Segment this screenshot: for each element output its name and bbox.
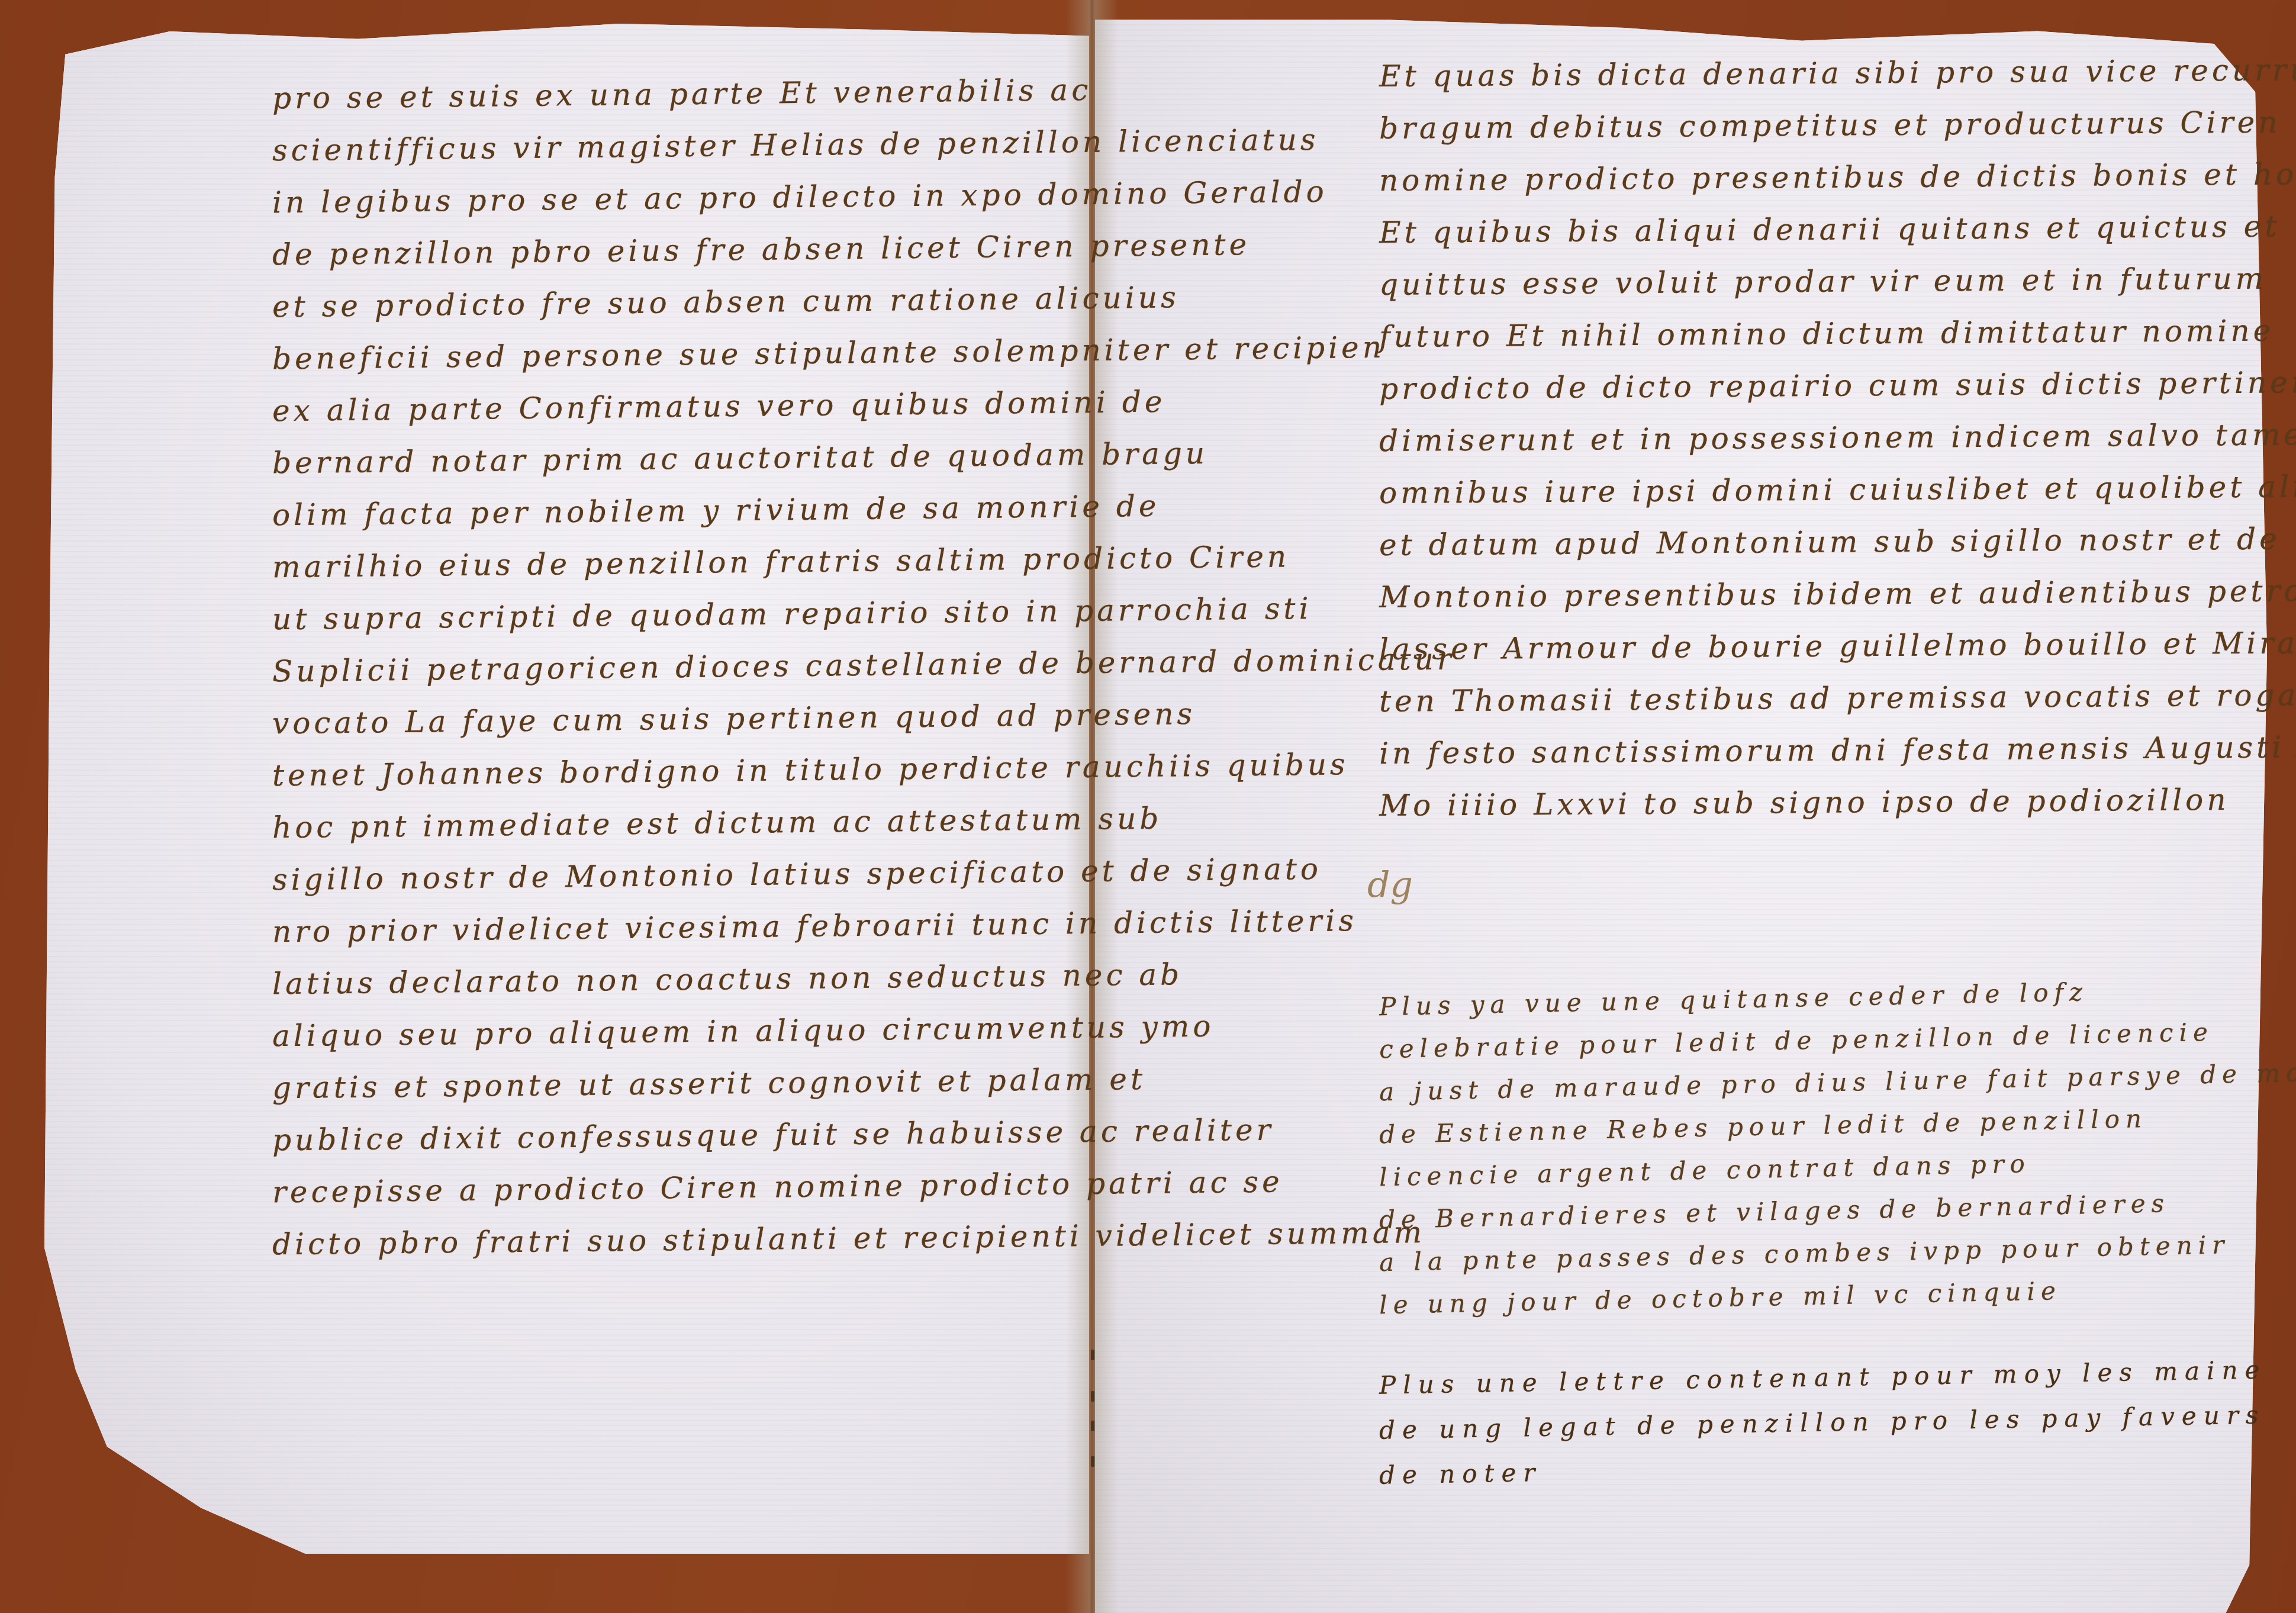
manuscript-line: lasser Armour de bourie guillelmo bouill…: [1379, 617, 2232, 675]
manuscript-spread: pro se et suis ex una parte Et venerabil…: [0, 0, 2296, 1613]
manuscript-line: Mo iiiio Lxxvi to sub signo ipso de podi…: [1379, 774, 2232, 832]
manuscript-line: prodicto de dicto repairio cum suis dict…: [1379, 357, 2232, 415]
manuscript-line: quittus esse voluit prodar vir eum et in…: [1379, 253, 2232, 311]
manuscript-line: publice dixit confessusque fuit se habui…: [272, 1106, 1102, 1167]
binding-stitch: [1091, 1350, 1094, 1360]
manuscript-line: dimiserunt et in possessionem indicem sa…: [1379, 409, 2232, 467]
manuscript-line: latius declarato non coactus non seductu…: [272, 949, 1102, 1010]
manuscript-line: nro prior videlicet vicesima febroarii t…: [272, 897, 1102, 958]
manuscript-line: scientifficus vir magister Helias de pen…: [272, 116, 1102, 177]
manuscript-line: tenet Johannes bordigno in titulo perdic…: [272, 741, 1102, 802]
manuscript-line: omnibus iure ipsi domini cuiuslibet et q…: [1379, 461, 2232, 519]
binding-stitch: [1091, 1391, 1094, 1402]
manuscript-line: recepisse a prodicto Ciren nomine prodic…: [272, 1158, 1102, 1219]
left-page-text: pro se et suis ex una parte Et venerabil…: [272, 68, 1101, 1266]
manuscript-line: ex alia parte Confirmatus vero quibus do…: [272, 376, 1102, 437]
right-page-text: Et quas bis dicta denaria sibi pro sua v…: [1379, 47, 2231, 829]
manuscript-line: ut supra scripti de quodam repairio sito…: [272, 585, 1102, 646]
manuscript-line: ten Thomasii testibus ad premissa vocati…: [1379, 669, 2232, 727]
manuscript-line: vocato La faye cum suis pertinen quod ad…: [272, 689, 1102, 750]
manuscript-line: aliquo seu pro aliquem in aliquo circumv…: [272, 1002, 1102, 1063]
manuscript-line: marilhio eius de penzillon fratris salti…: [272, 533, 1102, 594]
later-annotation-2: Plus une lettre contenant pour moy les m…: [1379, 1356, 2237, 1490]
manuscript-line: dicto pbro fratri suo stipulanti et reci…: [272, 1210, 1102, 1271]
manuscript-line: futuro Et nihil omnino dictum dimittatur…: [1379, 305, 2232, 363]
manuscript-line: bragum debitus competitus et producturus…: [1379, 96, 2232, 154]
manuscript-line: et datum apud Montonium sub sigillo nost…: [1379, 513, 2232, 571]
manuscript-line: nomine prodicto presentibus de dictis bo…: [1379, 149, 2232, 207]
manuscript-line: in legibus pro se et ac pro dilecto in x…: [272, 168, 1102, 229]
manuscript-line: Suplicii petragoricen dioces castellanie…: [272, 637, 1102, 698]
manuscript-line: de penzillon pbro eius fre absen licet C…: [272, 220, 1102, 281]
manuscript-line: beneficii sed persone sue stipulante sol…: [272, 324, 1102, 385]
binding-stitch: [1091, 1421, 1094, 1431]
manuscript-line: et se prodicto fre suo absen cum ratione…: [272, 272, 1102, 333]
binding-stitch: [1091, 1456, 1094, 1467]
manuscript-line: sigillo nostr de Montonio latius specifi…: [272, 845, 1102, 906]
manuscript-line: hoc pnt immediate est dictum ac attestat…: [272, 793, 1102, 854]
manuscript-line: Et quas bis dicta denaria sibi pro sua v…: [1379, 44, 2232, 102]
manuscript-line: in festo sanctissimorum dni festa mensis…: [1379, 722, 2232, 780]
manuscript-line: Et quibus bis aliqui denarii quitans et …: [1379, 201, 2232, 259]
manuscript-line: bernard notar prim ac auctoritat de quod…: [272, 429, 1102, 490]
manuscript-line: gratis et sponte ut asserit cognovit et …: [272, 1054, 1102, 1115]
manuscript-line: Montonio presentibus ibidem et audientib…: [1379, 565, 2232, 623]
later-annotation: Plus ya vue une quitanse ceder de lofz c…: [1379, 977, 2237, 1318]
manuscript-line: olim facta per nobilem y rivium de sa mo…: [272, 481, 1102, 542]
manuscript-line: pro se et suis ex una parte Et venerabil…: [272, 64, 1102, 125]
notary-monogram: dg: [1367, 864, 1413, 906]
